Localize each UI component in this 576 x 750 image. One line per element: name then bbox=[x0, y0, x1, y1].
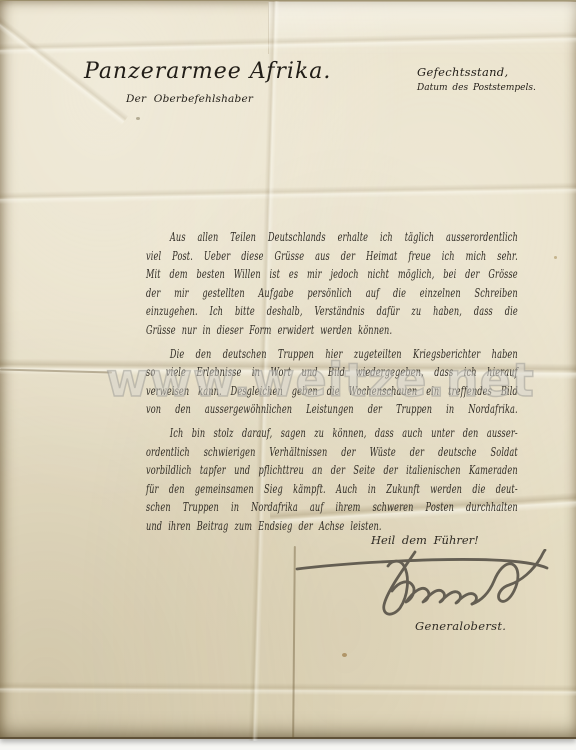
rommel-signature-handwriting bbox=[293, 549, 551, 621]
text-line: dermirgestelltenAufgabepersönlichaufdiee… bbox=[146, 284, 518, 303]
crease-top bbox=[0, 31, 576, 56]
paper-speck bbox=[554, 256, 557, 259]
text-line: einzugehen.Ichbittedeshalb,Verständnisda… bbox=[146, 302, 518, 321]
fold-line-left bbox=[0, 369, 112, 373]
letter-body: AusallenTeilenDeutschlandserhalteichtägl… bbox=[146, 228, 518, 541]
field-post-line2: Datum des Poststempels. bbox=[417, 83, 536, 93]
text-line: Grüsse nur in dieser Form erwidert werde… bbox=[146, 321, 518, 340]
text-line: schenTruppeninNordafrikaaufihremschweren… bbox=[146, 498, 518, 517]
text-line: Ichbinstolzdarauf,sagenzukönnen,dassauch… bbox=[146, 424, 518, 443]
paragraph-1: AusallenTeilenDeutschlandserhalteichtägl… bbox=[146, 228, 518, 340]
paragraph-2: DiedendeutschenTruppenhierzugeteiltenKri… bbox=[146, 345, 518, 419]
text-line: verweisenkann.DesgleichengebendieWochens… bbox=[146, 382, 518, 401]
text-line: vorbildlichtapferundpflichttreuanderSeit… bbox=[146, 461, 518, 480]
paper-light-patch bbox=[268, 2, 576, 54]
text-line: vondenaussergewöhnlichenLeistungenderTru… bbox=[146, 400, 518, 419]
letter-paper: Panzerarmee Afrika. Der Oberbefehlshaber… bbox=[0, 0, 576, 739]
field-post-header: Gefechtsstand, Datum des Poststempels. bbox=[417, 65, 536, 93]
text-line: MitdembestenWillenistesmirjedochnichtmög… bbox=[146, 265, 518, 284]
letterhead-title: Panzerarmee Afrika. bbox=[84, 59, 331, 84]
text-line: AusallenTeilenDeutschlandserhalteichtägl… bbox=[146, 228, 518, 247]
paper-speck bbox=[136, 117, 140, 120]
paper-stain bbox=[342, 653, 347, 657]
text-line: sovieleErlebnisseinWortundBildwiedergege… bbox=[146, 363, 518, 382]
crease-upper bbox=[0, 182, 576, 204]
closing-salute: Heil dem Führer! bbox=[371, 533, 479, 547]
signature-rank: Generaloberst. bbox=[415, 619, 506, 633]
text-line: vielPost.UeberdieseGrüsseausderHeimatfre… bbox=[146, 247, 518, 266]
text-line: ordentlichschwierigenVerhältnissenderWüs… bbox=[146, 443, 518, 462]
text-line: fürdengemeinsamenSiegkämpft.AuchinZukunf… bbox=[146, 480, 518, 499]
crease-bottom bbox=[0, 681, 576, 696]
scanned-letter: Panzerarmee Afrika. Der Oberbefehlshaber… bbox=[0, 0, 576, 750]
text-line: DiedendeutschenTruppenhierzugeteiltenKri… bbox=[146, 345, 518, 364]
field-post-line1: Gefechtsstand, bbox=[417, 65, 536, 79]
signature-ending-flick bbox=[472, 550, 545, 604]
letterhead-subtitle: Der Oberbefehlshaber bbox=[126, 93, 253, 105]
paragraph-3: Ichbinstolzdarauf,sagenzukönnen,dassauch… bbox=[146, 424, 518, 536]
